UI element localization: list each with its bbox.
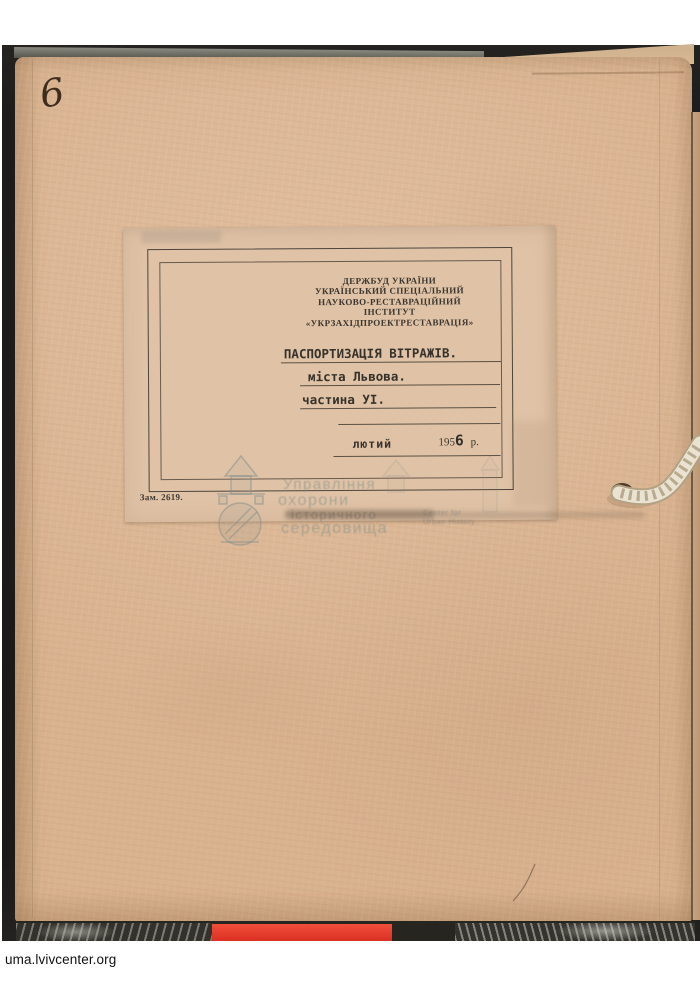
fold-crease-left xyxy=(32,60,34,918)
document-title: ПАСПОРТИЗАЦІЯ ВІТРАЖІВ. xyxy=(284,345,457,361)
folder-back-cover-edge xyxy=(691,112,700,920)
scanner-gap-strip xyxy=(16,921,695,941)
source-url-caption: uma.lvivcenter.org xyxy=(5,952,116,967)
red-object-bar xyxy=(212,924,392,941)
document-subtitle-city: міста Львова. xyxy=(308,369,406,385)
date-year: 1956р. xyxy=(438,433,479,449)
foil-wrap-right xyxy=(455,923,695,941)
header-line: «УКРЗАХІДПРОЕКТРЕСТАВРАЦІЯ» xyxy=(266,317,514,329)
typed-cover-label: ДЕРЖБУД УКРАЇНИ УКРАЇНСЬКИЙ СПЕЦІАЛЬНИЙ … xyxy=(123,226,557,523)
label-smudge xyxy=(141,231,221,243)
folder-tie-cord xyxy=(595,425,700,515)
label-smudge xyxy=(512,421,549,506)
foil-wrap-left xyxy=(16,923,212,941)
institution-header: ДЕРЖБУД УКРАЇНИ УКРАЇНСЬКИЙ СПЕЦІАЛЬНИЙ … xyxy=(265,275,513,329)
document-part: частина УІ. xyxy=(302,392,385,408)
year-suffix: р. xyxy=(471,436,479,448)
scratch-mark xyxy=(505,860,545,905)
year-typed-digit: 6 xyxy=(455,433,464,449)
date-month: лютий xyxy=(352,437,392,451)
year-printed: 195 xyxy=(438,436,455,448)
paper-stain xyxy=(120,620,340,760)
print-order-number: Зам. 2619. xyxy=(140,492,183,502)
